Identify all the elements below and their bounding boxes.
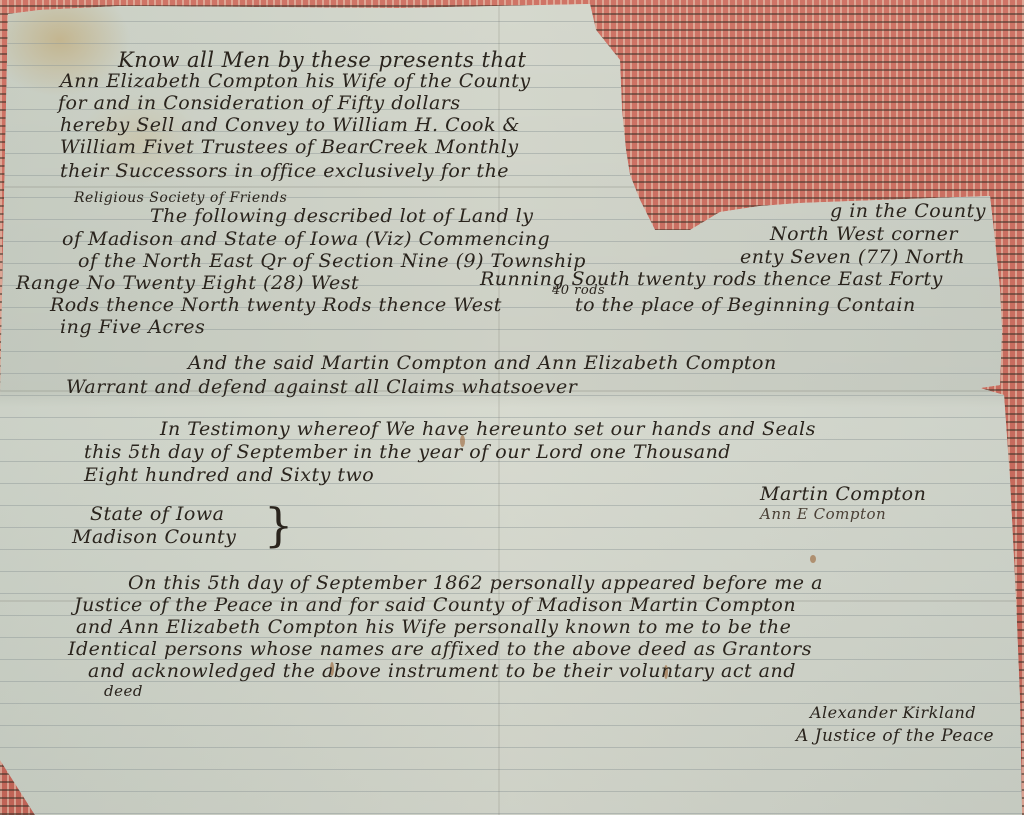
deed-line-18: Eight hundred and Sixty two: [84, 464, 374, 486]
ink-stain: [810, 555, 816, 563]
venue-state: State of Iowa: [90, 503, 224, 525]
signature-martin-compton: Martin Compton: [760, 483, 926, 505]
deed-line-1: Know all Men by these presents that: [118, 48, 526, 72]
acknowledgment-line-1: On this 5th day of September 1862 person…: [128, 572, 823, 594]
deed-line-8a: The following described lot of Land ly: [150, 205, 534, 227]
deed-line-8b: g in the County: [830, 200, 986, 222]
deed-line-9a: of Madison and State of Iowa (Viz) Comme…: [62, 228, 550, 250]
fold-line: [0, 186, 1024, 188]
deed-line-3: for and in Consideration of Fifty dollar…: [58, 92, 461, 114]
acknowledgment-line-5: and acknowledged the above instrument to…: [88, 660, 796, 682]
acknowledgment-line-2: Justice of the Peace in and for said Cou…: [74, 594, 796, 616]
deed-line-11a: Range No Twenty Eight (28) West: [16, 272, 359, 294]
signature-ann-compton: Ann E Compton: [760, 505, 886, 523]
acknowledgment-line-3: and Ann Elizabeth Compton his Wife perso…: [76, 616, 791, 638]
deed-line-2: Ann Elizabeth Compton his Wife of the Co…: [60, 70, 531, 92]
deed-line-15: Warrant and defend against all Claims wh…: [66, 376, 577, 398]
deed-line-12b: to the place of Beginning Contain: [575, 294, 916, 316]
justice-title: A Justice of the Peace: [796, 726, 994, 746]
deed-line-7: Religious Society of Friends: [74, 190, 287, 206]
deed-line-6: their Successors in office exclusively f…: [60, 160, 509, 182]
venue-county: Madison County: [72, 526, 236, 548]
deed-line-11b: Running South twenty rods thence East Fo…: [480, 268, 943, 290]
deed-line-10b: enty Seven (77) North: [740, 246, 965, 268]
deed-line-17: this 5th day of September in the year of…: [84, 441, 731, 463]
acknowledgment-line-6: deed: [104, 682, 143, 700]
deed-line-9b: North West corner: [770, 223, 958, 245]
deed-line-4: hereby Sell and Convey to William H. Coo…: [60, 114, 520, 136]
deed-line-14: And the said Martin Compton and Ann Eliz…: [188, 352, 777, 374]
venue-brace: }: [264, 498, 293, 552]
deed-line-16: In Testimony whereof We have hereunto se…: [160, 418, 816, 440]
justice-signature: Alexander Kirkland: [810, 703, 976, 722]
deed-line-13: ing Five Acres: [60, 316, 205, 338]
deed-line-12: Rods thence North twenty Rods thence Wes…: [50, 294, 502, 316]
acknowledgment-line-4: Identical persons whose names are affixe…: [68, 638, 812, 660]
deed-line-5: William Fivet Trustees of BearCreek Mont…: [60, 136, 519, 158]
